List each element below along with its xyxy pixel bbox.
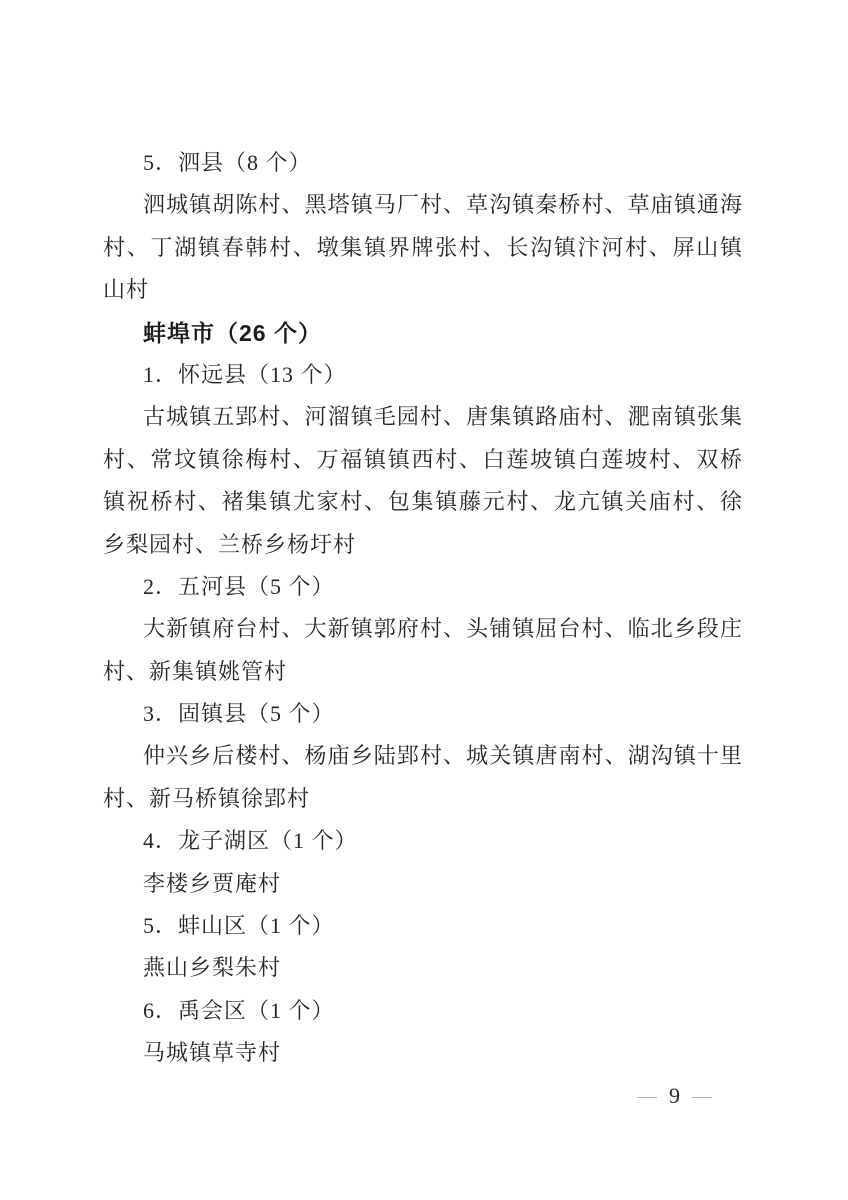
footer-dash-left: — — [637, 1081, 657, 1111]
village-list-line: 大新镇府台村、大新镇郭府村、头铺镇屈台村、临北乡段庄 — [103, 608, 743, 650]
heading-longzihu-district: 4．龙子湖区（1 个） — [103, 820, 743, 862]
village-list-line: 村、常坟镇徐梅村、万福镇镇西村、白莲坡镇白莲坡村、双桥集 — [103, 439, 743, 481]
heading-sixian-county: 5．泗县（8 个） — [103, 142, 743, 184]
heading-bengshan-district: 5．蚌山区（1 个） — [103, 905, 743, 947]
village-list-line: 村、新集镇姚管村 — [103, 651, 743, 693]
village-list-line: 马城镇草寺村 — [103, 1032, 743, 1074]
village-list-line: 山村 — [103, 269, 743, 311]
footer-dash-right: — — [692, 1081, 712, 1111]
heading-yuhui-district: 6．禹会区（1 个） — [103, 990, 743, 1032]
village-list-line: 村、丁湖镇春韩村、墩集镇界牌张村、长沟镇汴河村、屏山镇屏 — [103, 227, 743, 269]
village-list-line: 燕山乡梨朱村 — [103, 947, 743, 989]
village-list-line: 古城镇五郢村、河溜镇毛园村、唐集镇路庙村、淝南镇张集 — [103, 396, 743, 438]
village-list-line: 泗城镇胡陈村、黑塔镇马厂村、草沟镇秦桥村、草庙镇通海 — [103, 184, 743, 226]
page-number: 9 — [669, 1081, 680, 1111]
document-content: 5．泗县（8 个） 泗城镇胡陈村、黑塔镇马厂村、草沟镇秦桥村、草庙镇通海 村、丁… — [103, 142, 743, 1075]
village-list-line: 村、新马桥镇徐郢村 — [103, 778, 743, 820]
village-list-line: 李楼乡贾庵村 — [103, 863, 743, 905]
document-page: 5．泗县（8 个） 泗城镇胡陈村、黑塔镇马厂村、草沟镇秦桥村、草庙镇通海 村、丁… — [0, 0, 848, 1200]
heading-bengbu-city: 蚌埠市（26 个） — [103, 312, 743, 354]
heading-wuhe-county: 2．五河县（5 个） — [103, 566, 743, 608]
heading-guzhen-county: 3．固镇县（5 个） — [103, 693, 743, 735]
page-footer: — 9 — — [637, 1081, 712, 1111]
village-list-line: 仲兴乡后楼村、杨庙乡陆郢村、城关镇唐南村、湖沟镇十里 — [103, 735, 743, 777]
heading-huaiyuan-county: 1．怀远县（13 个） — [103, 354, 743, 396]
village-list-line: 镇祝桥村、褚集镇尤家村、包集镇藤元村、龙亢镇关庙村、徐圩 — [103, 481, 743, 523]
village-list-line: 乡梨园村、兰桥乡杨圩村 — [103, 524, 743, 566]
